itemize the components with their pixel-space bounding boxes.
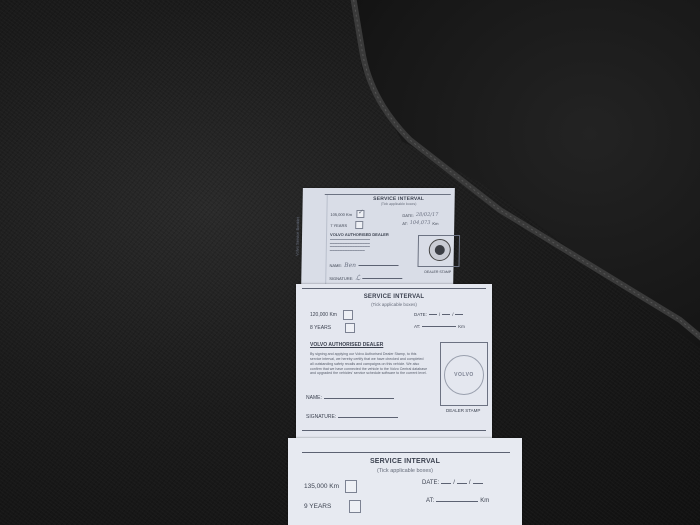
name-row: NAME: <box>306 395 394 401</box>
signature-scribble: ℒ <box>355 274 360 282</box>
years-interval-row: 9 YEARS <box>304 500 361 513</box>
tick-mark-icon: ✓ <box>358 208 364 216</box>
name-row: NAME: Ben <box>329 262 398 269</box>
signature-row: SIGNATURE: <box>306 414 398 420</box>
page-subtitle: (Tick applicable boxes) <box>343 202 455 206</box>
signature-row: SIGNATURE: ℒ <box>329 274 402 282</box>
date-row: DATE: // <box>422 480 483 486</box>
declaration-text: ▬▬▬▬▬▬▬▬▬▬▬▬▬▬▬▬▬▬▬▬▬▬▬▬▬▬▬▬▬▬▬▬▬▬▬▬▬▬▬▬… <box>330 238 408 252</box>
page-subtitle: (Tick applicable boxes) <box>296 302 492 307</box>
service-page-135000: SERVICE INTERVAL (Tick applicable boxes)… <box>288 438 522 525</box>
date-row: DATE: // <box>414 312 463 317</box>
years-interval-row: 8 YEARS <box>310 323 355 333</box>
dealer-heading: VOLVO AUTHORISED DEALER <box>330 232 389 237</box>
date-row: DATE: 28/02/17 <box>402 212 438 218</box>
km-interval-row: 105,000 Km ✓ <box>330 210 364 218</box>
km-checkbox[interactable] <box>345 480 357 493</box>
page-title: SERVICE INTERVAL <box>288 458 522 465</box>
km-interval-row: 135,000 Km <box>304 480 357 493</box>
odometer-row: AT: Km <box>426 498 489 504</box>
service-booklet: Volvo Service Booklet SERVICE INTERVAL (… <box>288 188 518 525</box>
odometer-row: AT: 104,073 Km <box>402 220 438 226</box>
dealer-stamp-label: DEALER STAMP <box>424 270 451 274</box>
page-title: SERVICE INTERVAL <box>296 294 492 300</box>
booklet-spine: Volvo Service Booklet <box>315 194 328 284</box>
km-checkbox[interactable] <box>343 310 353 320</box>
dealer-stamp-label: DEALER STAMP <box>446 408 480 413</box>
declaration-text: By signing and applying our Volvo Author… <box>310 352 428 376</box>
signature-field[interactable] <box>338 417 398 418</box>
km-checkbox[interactable]: ✓ <box>356 210 364 218</box>
name-field[interactable] <box>324 398 394 399</box>
service-page-105000: Volvo Service Booklet SERVICE INTERVAL (… <box>301 188 455 288</box>
years-checkbox[interactable] <box>349 500 361 513</box>
page-subtitle: (Tick applicable boxes) <box>288 468 522 474</box>
km-interval-row: 120,000 Km <box>310 310 353 320</box>
dealer-heading: VOLVO AUTHORISED DEALER <box>310 342 383 348</box>
dealer-stamp-box: VOLVO <box>440 342 488 406</box>
service-page-120000: SERVICE INTERVAL (Tick applicable boxes)… <box>296 284 492 444</box>
dealer-stamp-logo-icon <box>429 239 451 261</box>
odometer-row: AT: Km <box>414 324 465 329</box>
years-checkbox[interactable] <box>345 323 355 333</box>
years-interval-row: 7 YEARS <box>330 221 363 229</box>
volvo-logo-icon: VOLVO <box>444 355 484 395</box>
years-checkbox[interactable] <box>355 221 363 229</box>
dealer-stamp-box <box>417 235 460 267</box>
